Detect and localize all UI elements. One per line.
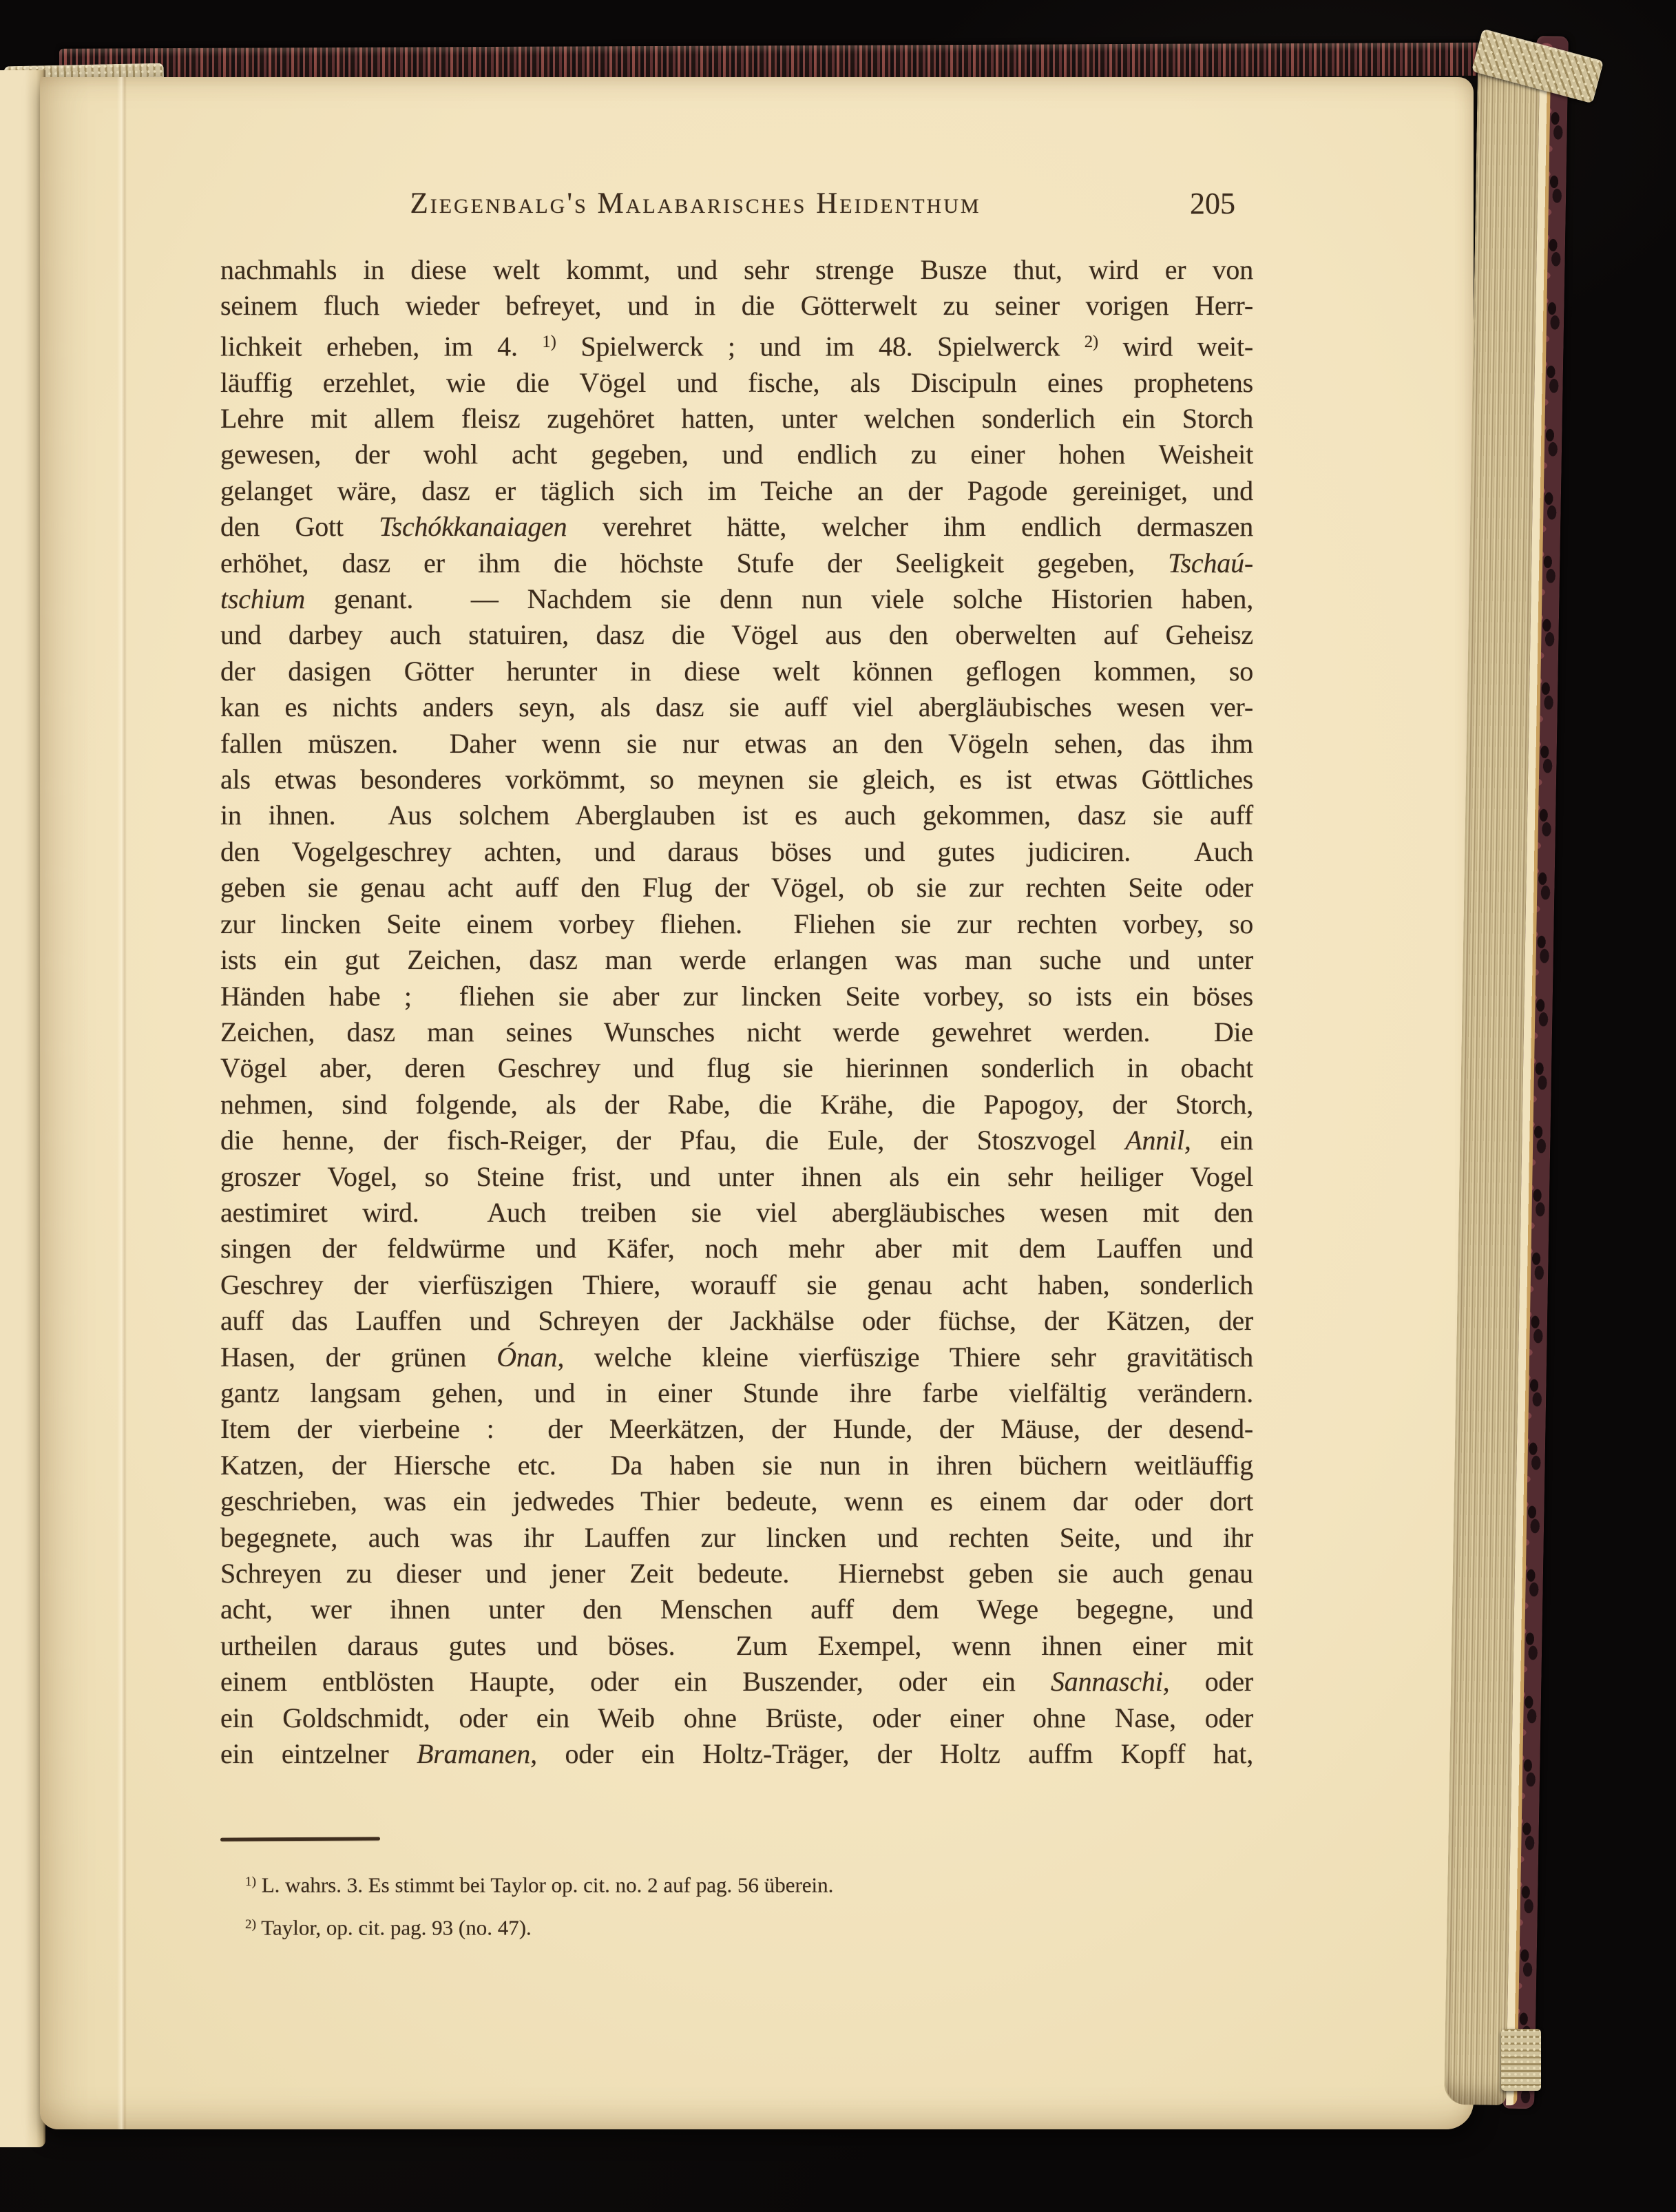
footnote-marker: 1) [245, 1875, 256, 1889]
text-line: Händen habe ; fliehen sie aber zur linck… [220, 979, 1253, 1014]
text-line: zur lincken Seite einem vorbey fliehen. … [220, 906, 1253, 942]
italic-term: tschium [220, 583, 305, 614]
text-line: begegnete, auch was ihr Lauffen zur linc… [220, 1520, 1253, 1556]
text-segment: Lehre mit allem fleisz zugehöret hatten,… [220, 403, 1253, 434]
text-line: kan es nichts anders seyn, als dasz sie … [220, 689, 1253, 725]
footnotes: 1) L. wahrs. 3. Es stimmt bei Taylor op.… [245, 1862, 1168, 1947]
text-segment: aestimiret wird. Auch treiben sie viel a… [220, 1197, 1253, 1228]
text-segment: den Vogelgeschrey achten, und daraus bös… [220, 836, 1253, 867]
text-segment: acht, wer ihnen unter den Menschen auff … [220, 1594, 1253, 1625]
text-segment: einem entblösten Haupte, oder ein Buszen… [220, 1666, 1051, 1697]
text-segment: als etwas besonderes vorkömmt, so meynen… [220, 764, 1253, 795]
text-line: Vögel aber, deren Geschrey und flug sie … [220, 1050, 1253, 1086]
italic-term: Tschókkanaiagen [379, 511, 567, 542]
page-title: Ziegenbalg's Malabarisches Heidenthum [220, 186, 1171, 222]
text-line: nehmen, sind folgende, als der Rabe, die… [220, 1087, 1253, 1123]
text-segment: Schreyen zu dieser und jener Zeit bedeut… [220, 1558, 1253, 1589]
text-line: Item der vierbeine : der Meerkätzen, der… [220, 1411, 1253, 1447]
text-line: gelanget wäre, dasz er täglich sich im T… [220, 473, 1253, 509]
text-line: und darbey auch statuiren, dasz die Vöge… [220, 617, 1253, 653]
text-segment: Händen habe ; fliehen sie aber zur linck… [220, 981, 1253, 1012]
text-segment: gewesen, der wohl acht gegeben, und endl… [220, 439, 1253, 470]
text-line: Lehre mit allem fleisz zugehöret hatten,… [220, 401, 1253, 437]
text-segment: genant. — Nachdem sie denn nun viele sol… [305, 583, 1253, 614]
text-line: 1) L. wahrs. 3. Es stimmt bei Taylor op.… [245, 1862, 1168, 1905]
text-line: in ihnen. Aus solchem Aberglauben ist es… [220, 797, 1253, 833]
text-segment: singen der feldwürme und Käfer, noch meh… [220, 1233, 1253, 1264]
italic-term: Ónan, [496, 1342, 564, 1373]
text-segment: fallen müszen. Daher wenn sie nur etwas … [220, 728, 1253, 759]
text-segment: Geschrey der vierfüszigen Thiere, worauf… [220, 1269, 1253, 1300]
text-segment: Vögel aber, deren Geschrey und flug sie … [220, 1052, 1253, 1083]
text-line: lichkeit erheben, im 4. 1) Spielwerck ; … [220, 324, 1253, 365]
text-segment: oder [1169, 1666, 1253, 1697]
text-segment: gelanget wäre, dasz er täglich sich im T… [220, 475, 1253, 506]
text-line: groszer Vogel, so Steine frist, und unte… [220, 1159, 1253, 1195]
running-header: Ziegenbalg's Malabarisches Heidenthum 20… [220, 186, 1253, 222]
text-line: Schreyen zu dieser und jener Zeit bedeut… [220, 1556, 1253, 1592]
text-segment: ein Goldschmidt, oder ein Weib ohne Brüs… [220, 1702, 1253, 1733]
text-segment: Zeichen, dasz man seines Wunsches nicht … [220, 1016, 1253, 1047]
italic-term: Tschaú- [1168, 547, 1253, 578]
text-line: acht, wer ihnen unter den Menschen auff … [220, 1592, 1253, 1627]
footnote-separator [220, 1837, 380, 1841]
tailband-right-icon [1501, 2029, 1541, 2091]
text-line: den Vogelgeschrey achten, und daraus bös… [220, 834, 1253, 870]
text-segment: ists ein gut Zeichen, dasz man werde erl… [220, 944, 1253, 975]
text-line: aestimiret wird. Auch treiben sie viel a… [220, 1195, 1253, 1231]
text-segment: Spielwerck ; und im 48. Spielwerck [556, 331, 1085, 362]
text-line: gewesen, der wohl acht gegeben, und endl… [220, 437, 1253, 472]
text-line: läuffig erzehlet, wie die Vögel und fisc… [220, 365, 1253, 401]
text-line: 2) Taylor, op. cit. pag. 93 (no. 47). [245, 1905, 1168, 1948]
text-segment: L. wahrs. 3. Es stimmt bei Taylor op. ci… [256, 1873, 833, 1897]
text-segment: Taylor, op. cit. pag. 93 (no. 47). [256, 1915, 532, 1939]
text-segment: verehret hätte, welcher ihm endlich derm… [567, 511, 1253, 542]
text-line: einem entblösten Haupte, oder ein Buszen… [220, 1664, 1253, 1700]
italic-term: Annil, [1125, 1125, 1191, 1156]
text-segment: geschrieben, was ein jedwedes Thier bede… [220, 1485, 1253, 1516]
text-line: seinem fluch wieder befreyet, und in die… [220, 288, 1253, 324]
text-line: nachmahls in diese welt kommt, und sehr … [220, 252, 1253, 288]
text-segment: Katzen, der Hiersche etc. Da haben sie n… [220, 1450, 1253, 1481]
text-segment: welche kleine vierfüszige Thiere sehr gr… [564, 1342, 1253, 1373]
text-segment: die henne, der fisch-Reiger, der Pfau, d… [220, 1125, 1125, 1156]
footnote-marker: 2) [245, 1917, 256, 1932]
text-segment: groszer Vogel, so Steine frist, und unte… [220, 1161, 1253, 1192]
book-page: Ziegenbalg's Malabarisches Heidenthum 20… [40, 77, 1474, 2129]
text-line: geschrieben, was ein jedwedes Thier bede… [220, 1483, 1253, 1519]
text-line: fallen müszen. Daher wenn sie nur etwas … [220, 726, 1253, 762]
text-line: ein eintzelner Bramanen, oder ein Holtz-… [220, 1736, 1253, 1772]
text-line: geben sie genau acht auff den Flug der V… [220, 870, 1253, 906]
italic-term: Bramanen, [417, 1738, 537, 1769]
text-segment: der dasigen Götter herunter in diese wel… [220, 656, 1253, 687]
text-segment: Hasen, der grünen [220, 1342, 496, 1373]
book-top-edge-marbled [59, 42, 1560, 82]
text-line: die henne, der fisch-Reiger, der Pfau, d… [220, 1123, 1253, 1158]
text-segment: lichkeit erheben, im 4. [220, 331, 542, 362]
text-line: den Gott Tschókkanaiagen verehret hätte,… [220, 509, 1253, 545]
book-photo-scene: Ziegenbalg's Malabarisches Heidenthum 20… [0, 0, 1676, 2212]
footnote-marker: 1) [542, 333, 556, 351]
text-line: tschium genant. — Nachdem sie denn nun v… [220, 581, 1253, 617]
footnote-marker: 2) [1085, 333, 1098, 351]
facing-page-sliver [0, 70, 45, 2147]
text-segment: auff das Lauffen und Schreyen der Jackhä… [220, 1305, 1253, 1336]
text-line: urtheilen daraus gutes und böses. Zum Ex… [220, 1628, 1253, 1664]
text-segment: zur lincken Seite einem vorbey fliehen. … [220, 908, 1253, 939]
text-segment: geben sie genau acht auff den Flug der V… [220, 872, 1253, 903]
text-segment: Item der vierbeine : der Meerkätzen, der… [220, 1413, 1253, 1444]
text-segment: ein [1191, 1125, 1253, 1156]
text-segment: oder ein Holtz-Träger, der Holtz auffm K… [537, 1738, 1253, 1769]
text-line: Geschrey der vierfüszigen Thiere, worauf… [220, 1267, 1253, 1303]
text-line: Hasen, der grünen Ónan, welche kleine vi… [220, 1339, 1253, 1375]
text-line: erhöhet, dasz er ihm die höchste Stufe d… [220, 545, 1253, 581]
text-line: auff das Lauffen und Schreyen der Jackhä… [220, 1303, 1253, 1339]
text-line: singen der feldwürme und Käfer, noch meh… [220, 1231, 1253, 1266]
text-segment: begegnete, auch was ihr Lauffen zur linc… [220, 1522, 1253, 1553]
text-segment: den Gott [220, 511, 379, 542]
italic-term: Sannaschi, [1051, 1666, 1169, 1697]
text-line: gantz langsam gehen, und in einer Stunde… [220, 1375, 1253, 1411]
page-number: 205 [1190, 186, 1235, 222]
text-segment: nachmahls in diese welt kommt, und sehr … [220, 254, 1253, 285]
text-segment: läuffig erzehlet, wie die Vögel und fisc… [220, 367, 1253, 398]
text-segment: ein eintzelner [220, 1738, 417, 1769]
text-segment: nehmen, sind folgende, als der Rabe, die… [220, 1089, 1253, 1120]
text-segment: kan es nichts anders seyn, als dasz sie … [220, 691, 1253, 722]
text-segment: in ihnen. Aus solchem Aberglauben ist es… [220, 800, 1253, 831]
text-segment: wird weit- [1098, 331, 1253, 362]
text-line: Katzen, der Hiersche etc. Da haben sie n… [220, 1448, 1253, 1483]
text-segment: erhöhet, dasz er ihm die höchste Stufe d… [220, 547, 1168, 578]
body-text: nachmahls in diese welt kommt, und sehr … [220, 252, 1253, 1772]
text-segment: und darbey auch statuiren, dasz die Vöge… [220, 619, 1253, 650]
text-line: als etwas besonderes vorkömmt, so meynen… [220, 762, 1253, 797]
text-segment: seinem fluch wieder befreyet, und in die… [220, 290, 1253, 321]
text-line: ists ein gut Zeichen, dasz man werde erl… [220, 942, 1253, 978]
text-line: der dasigen Götter herunter in diese wel… [220, 654, 1253, 689]
text-segment: gantz langsam gehen, und in einer Stunde… [220, 1377, 1253, 1408]
text-line: ein Goldschmidt, oder ein Weib ohne Brüs… [220, 1700, 1253, 1736]
text-line: Zeichen, dasz man seines Wunsches nicht … [220, 1014, 1253, 1050]
text-segment: urtheilen daraus gutes und böses. Zum Ex… [220, 1630, 1253, 1661]
